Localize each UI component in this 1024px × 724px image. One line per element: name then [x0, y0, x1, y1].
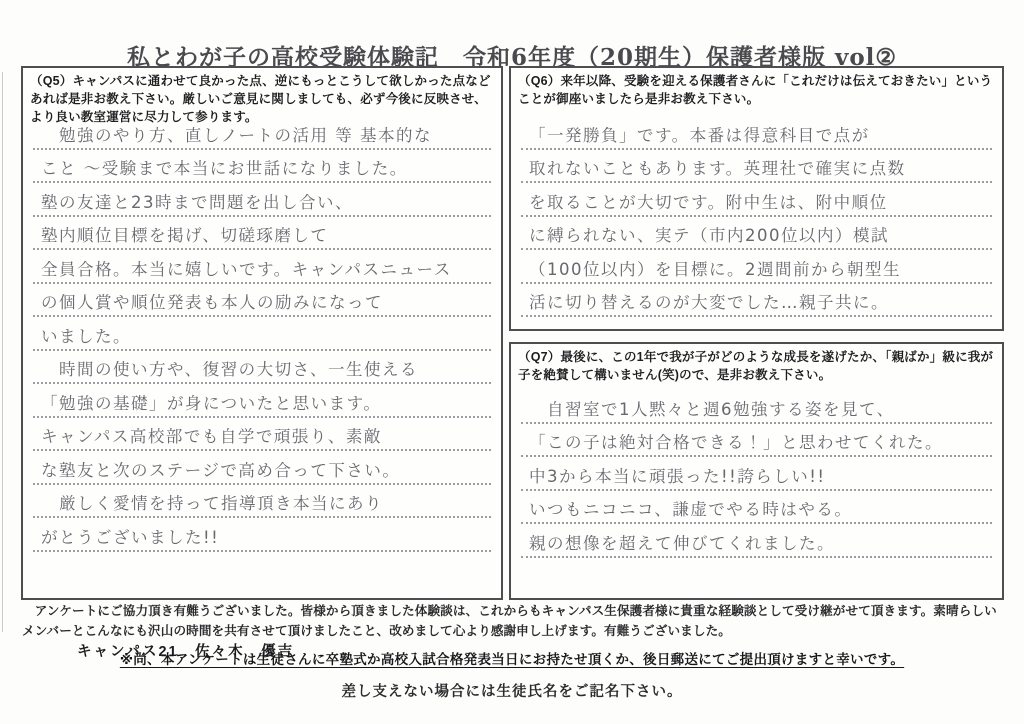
handwritten-line: いつもニコニコ、謙虚でやる時はやる。: [521, 491, 992, 525]
handwritten-line: 塾の友達と23時まで問題を出し合い、: [33, 183, 491, 217]
question-box-q5: （Q5）キャンパスに通わせて良かった点、逆にもっとこうして欲しかった点などあれば…: [21, 66, 503, 600]
question-box-q7: （Q7）最後に、この1年で我が子がどのような成長を遂げたか、「親ばか」級に我が子…: [509, 342, 1004, 600]
handwritten-line: 自習室で1人黙々と週6勉強する姿を見て、: [521, 390, 992, 424]
handwritten-line: 活に切り替えるのが大変でした…親子共に。: [521, 284, 992, 318]
handwritten-line: に縛られない、実テ（市内200位以内）模試: [521, 217, 992, 251]
footer-thanks-text: アンケートにご協力頂き有難うございました。皆様から頂きました体験談は、これからも…: [22, 604, 997, 638]
handwritten-line: キャンパス高校部でも自学で頑張り、素敵: [33, 418, 491, 452]
handwritten-line: 取れないこともあります。英理社で確実に点数: [521, 150, 992, 184]
handwritten-line: 全員合格。本当に嬉しいです。キャンパスニュース: [33, 250, 491, 284]
handwritten-line: （100位以内）を目標に。2週間前から朝型生: [521, 250, 992, 284]
handwritten-line: の個人賞や順位発表も本人の励みになって: [33, 284, 491, 318]
handwritten-line: がとうございました!!: [33, 518, 491, 552]
footer-name-request: 差し支えない場合には生徒氏名をご記名下さい。: [0, 680, 1024, 701]
handwritten-line: 親の想像を超えて伸びてくれました。: [521, 524, 992, 558]
q6-handwritten-answer: 「一発勝負」です。本番は得意科目で点が 取れないこともあります。英理社で確実に点…: [521, 116, 992, 317]
handwritten-line: 「この子は絶対合格できる！」と思わせてくれた。: [521, 424, 992, 458]
handwritten-line: 「勉強の基礎」が身についたと思います。: [33, 384, 491, 418]
q6-prompt: （Q6）来年以降、受験を迎える保護者さんに「これだけは伝えておきたい」ということ…: [511, 68, 1002, 109]
handwritten-line: 厳しく愛情を持って指導頂き本当にあり: [33, 485, 491, 519]
q7-prompt: （Q7）最後に、この1年で我が子がどのような成長を遂げたか、「親ばか」級に我が子…: [511, 344, 1002, 385]
handwritten-line: いました。: [33, 317, 491, 351]
handwritten-line: な塾友と次のステージで高め合って下さい。: [33, 451, 491, 485]
question-box-q6: （Q6）来年以降、受験を迎える保護者さんに「これだけは伝えておきたい」ということ…: [509, 66, 1004, 331]
handwritten-line: 中3から本当に頑張った!!誇らしい!!: [521, 457, 992, 491]
handwritten-line: 時間の使い方や、復習の大切さ、一生使える: [33, 351, 491, 385]
handwritten-line: 「一発勝負」です。本番は得意科目で点が: [521, 116, 992, 150]
handwritten-line: 勉強のやり方、直しノートの活用 等 基本的な: [33, 116, 491, 150]
q7-handwritten-answer: 自習室で1人黙々と週6勉強する姿を見て、 「この子は絶対合格できる！」と思わせて…: [521, 390, 992, 558]
handwritten-line: こと ～受験まで本当にお世話になりました。: [33, 150, 491, 184]
handwritten-line: 塾内順位目標を掲げ、切磋琢磨して: [33, 217, 491, 251]
q5-handwritten-answer: 勉強のやり方、直しノートの活用 等 基本的な こと ～受験まで本当にお世話になり…: [33, 116, 491, 552]
handwritten-line: を取ることが大切です。附中生は、附中順位: [521, 183, 992, 217]
footer-submission-note: ※尚、本アンケートは生徒さんに卒塾式か高校入試合格発表当日にお持たせ頂くか、後日…: [0, 648, 1024, 668]
scanned-survey-page: 私とわが子の高校受験体験記 令和6年度（20期生）保護者様版 vol② （Q5）…: [0, 0, 1024, 724]
scan-edge-artifact: [2, 72, 3, 632]
